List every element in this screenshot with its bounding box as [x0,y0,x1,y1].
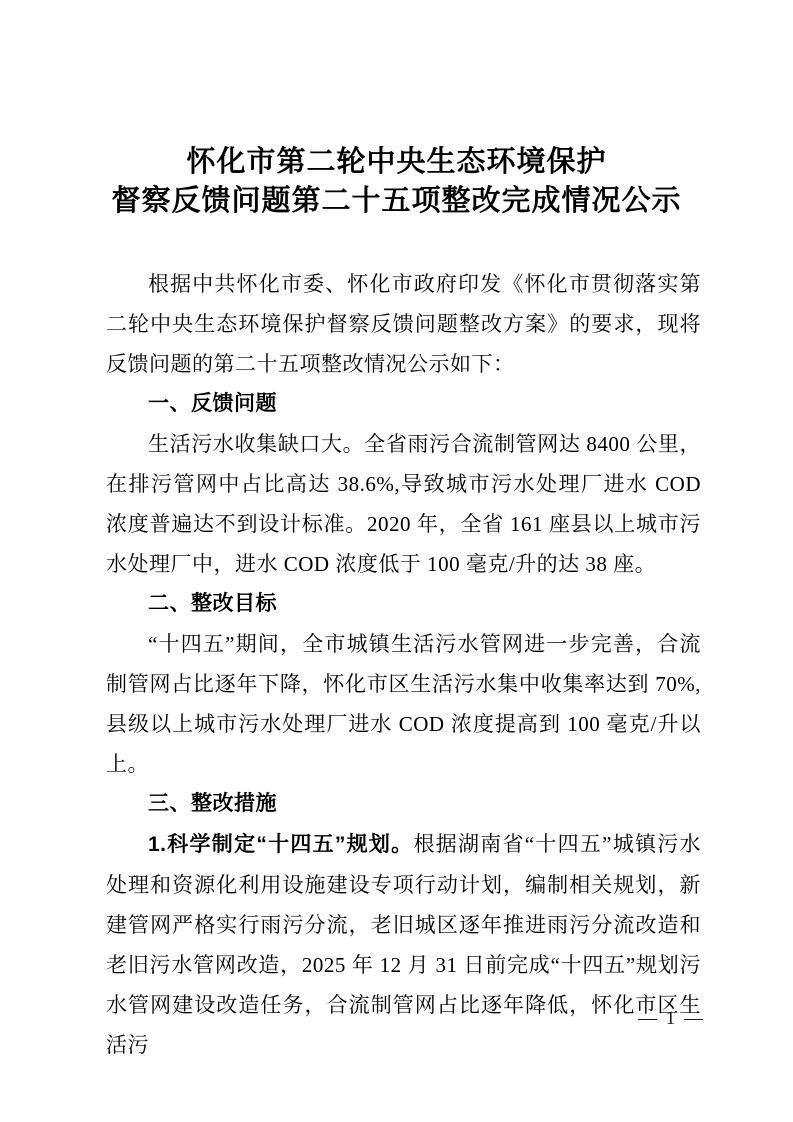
section3-heading: 三、整改措施 [106,784,701,824]
document-body: 根据中共怀化市委、怀化市政府印发《怀化市贯彻落实第二轮中央生态环境保护督察反馈问… [106,264,701,1065]
measure1-paragraph: 1.科学制定“十四五”规划。根据湖南省“十四五”城镇污水处理和资源化利用设施建设… [106,824,701,1065]
document-page: 怀化市第二轮中央生态环境保护 督察反馈问题第二十五项整改完成情况公示 根据中共怀… [0,0,793,1122]
section2-paragraph: “十四五”期间，全市城镇生活污水管网进一步完善，合流制管网占比逐年下降，怀化市区… [106,624,701,784]
measure1-body-text: 根据湖南省“十四五”城镇污水处理和资源化利用设施建设专项行动计划，编制相关规划，… [106,832,701,1057]
document-title: 怀化市第二轮中央生态环境保护 督察反馈问题第二十五项整改完成情况公示 [0,0,793,221]
section1-paragraph: 生活污水收集缺口大。全省雨污合流制管网达 8400 公里，在排污管网中占比高达 … [106,424,701,584]
document-title-line1: 怀化市第二轮中央生态环境保护 [0,143,793,182]
section2-heading: 二、整改目标 [106,584,701,624]
page-number: — 1 — [638,1008,705,1030]
document-title-line2: 督察反馈问题第二十五项整改完成情况公示 [0,182,793,221]
section1-heading: 一、反馈问题 [106,384,701,424]
intro-paragraph: 根据中共怀化市委、怀化市政府印发《怀化市贯彻落实第二轮中央生态环境保护督察反馈问… [106,264,701,384]
measure1-lead-in: 1.科学制定“十四五”规划。 [148,833,413,856]
